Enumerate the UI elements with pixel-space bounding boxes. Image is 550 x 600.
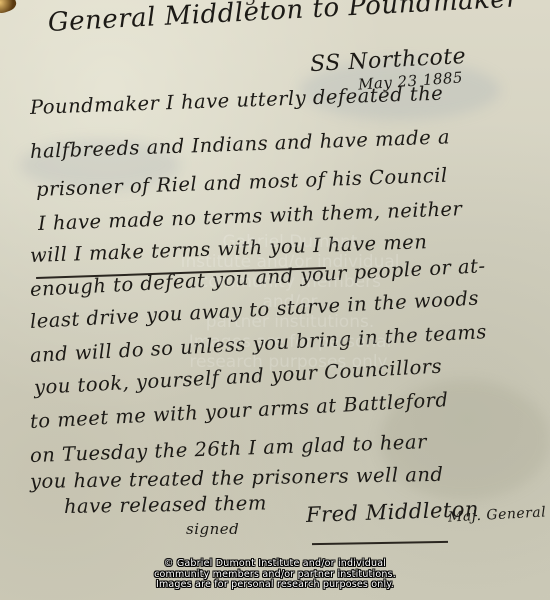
copyright-line: © Gabriel Dumont Institute and/or indivi… bbox=[0, 559, 550, 570]
copyright-line: Images are for personal research purpose… bbox=[0, 580, 550, 591]
letter-line: I have made no terms with them, neither bbox=[38, 197, 463, 235]
letter-line: prisoner of Riel and most of his Council bbox=[36, 164, 448, 201]
letter-heading: General Middleton to Poundmaker bbox=[47, 0, 520, 38]
letter-line: have released them bbox=[64, 491, 267, 518]
copyright-notice: © Gabriel Dumont Institute and/or indivi… bbox=[0, 559, 550, 591]
letter-line: Poundmaker I have utterly defeated the bbox=[30, 82, 444, 119]
letter-line: you have treated the prisoners well and bbox=[30, 463, 444, 493]
corner-fold bbox=[0, 0, 18, 15]
signed-label: signed bbox=[186, 520, 239, 538]
letter-line: halfbreeds and Indians and have made a bbox=[30, 125, 451, 163]
signature-underline bbox=[312, 541, 448, 545]
letter-line: on Tuesday the 26th I am glad to hear bbox=[30, 430, 428, 467]
letter-scan: 3 General Middleton to Poundmaker SS Nor… bbox=[0, 0, 550, 600]
